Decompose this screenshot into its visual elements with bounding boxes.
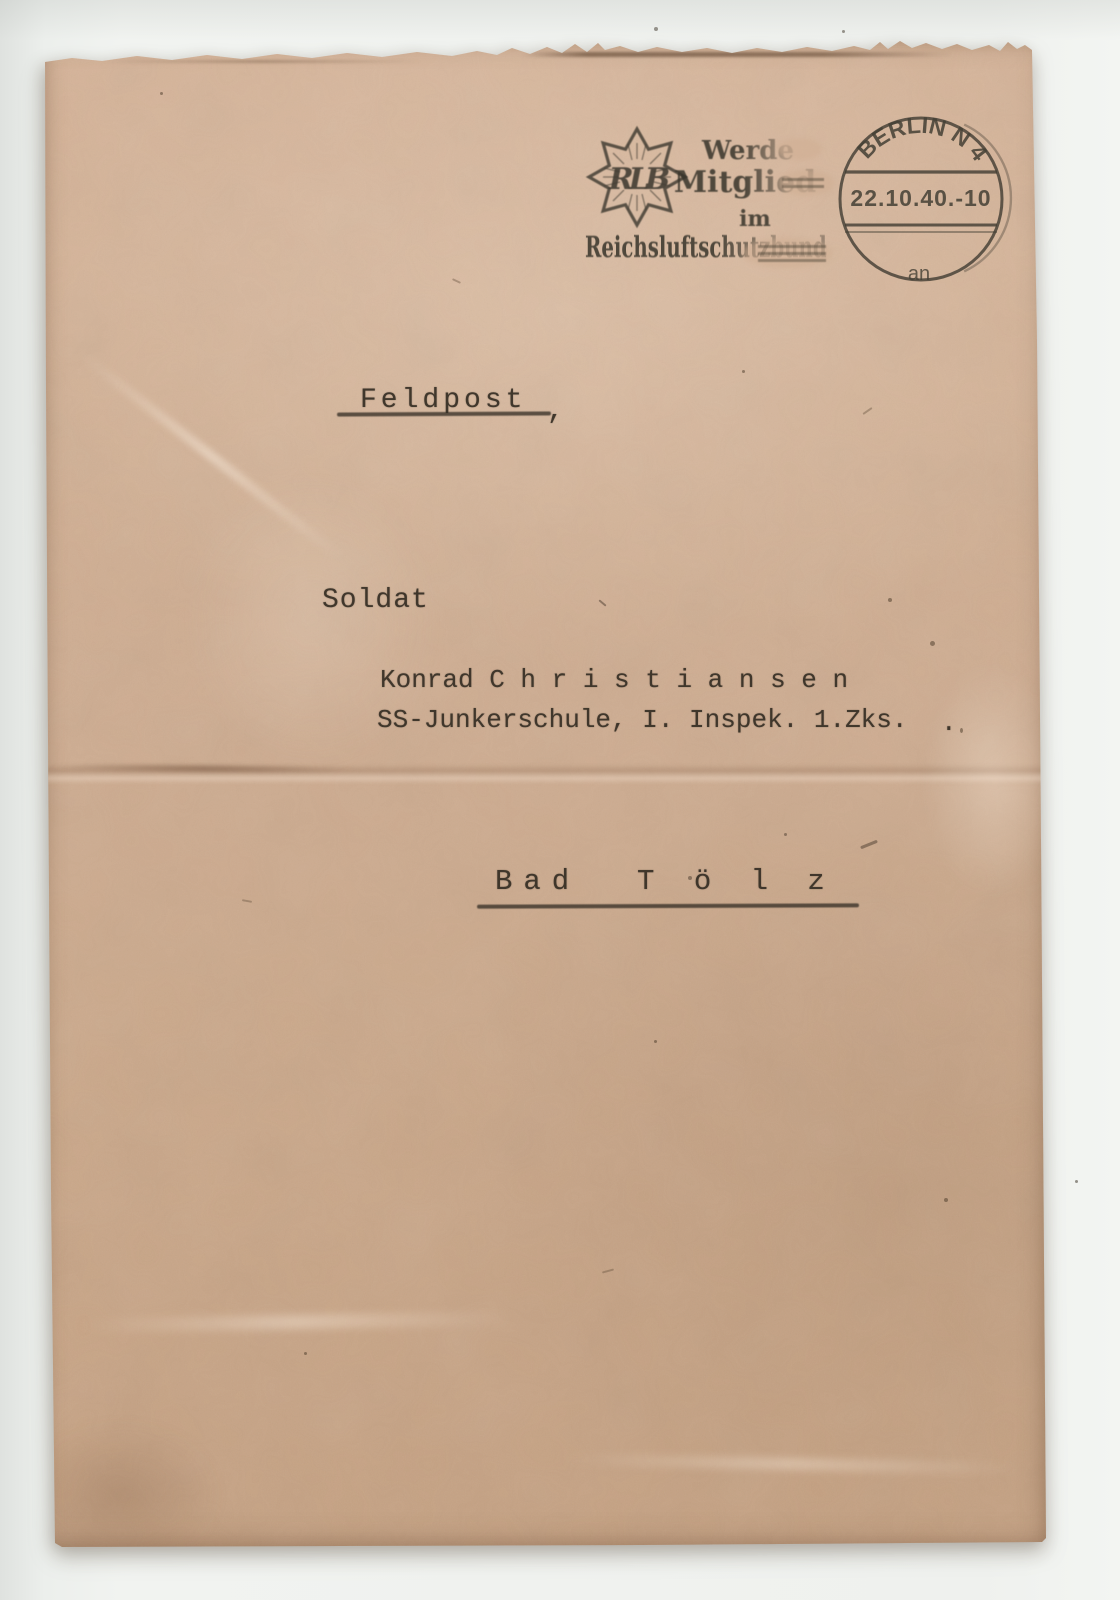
- pencil-swoosh-mark: [860, 840, 878, 850]
- paper-fiber: [602, 1268, 614, 1273]
- pen-mark: [598, 599, 606, 606]
- city-underline: [477, 903, 859, 908]
- torn-edge-shadow: [522, 52, 952, 57]
- unit-suffix-mark: .: [941, 708, 957, 738]
- paper-speck: [888, 598, 892, 602]
- slogan-line-3: im: [725, 206, 785, 232]
- diagonal-crease: [79, 351, 345, 562]
- paper-speck: [944, 1198, 948, 1202]
- wrinkle: [562, 1453, 1022, 1475]
- recipient-name-line: Konrad C h r i s t i a n s e n: [380, 665, 848, 695]
- envelope-shadow: RLB Werde Mitglied im Reichsluftschutzbu…: [42, 40, 1047, 1547]
- photo-scene: RLB Werde Mitglied im Reichsluftschutzbu…: [0, 0, 1120, 1600]
- wrinkle: [82, 1311, 512, 1333]
- postmark-date-text: 22.10.40.-10: [850, 185, 991, 211]
- background-speck: [1075, 1180, 1078, 1183]
- paper-speck: [654, 1040, 657, 1043]
- svg-text:BERLIN N 4: BERLIN N 4: [852, 112, 995, 168]
- paper-speck: [304, 1352, 307, 1355]
- background-speck: [842, 30, 845, 33]
- postmark-an-text: an: [908, 263, 930, 285]
- ink-dot: [784, 833, 787, 836]
- paper-speck: [930, 641, 935, 646]
- torn-edge-shadow: [102, 60, 422, 63]
- ink-dot: [688, 876, 692, 880]
- berlin-postmark: BERLIN N 4 22.10.40.-10 an: [816, 94, 1026, 304]
- postmark-city-text: BERLIN N 4: [852, 112, 995, 168]
- rlb-monogram: RLB: [608, 162, 669, 197]
- paper-speck: [960, 728, 963, 733]
- background-speck: [654, 27, 658, 31]
- paper-fiber: [862, 407, 872, 415]
- paper-speck: [160, 92, 163, 95]
- destination-city-line: Bad T ö l z: [495, 865, 836, 898]
- paper-fiber: [242, 899, 252, 903]
- unit-line: SS-Junkerschule, I. Inspek. 1.Zks.: [377, 705, 908, 735]
- feldpost-comma: ,: [547, 396, 564, 427]
- paper-speck: [742, 370, 745, 373]
- paper-fiber: [452, 278, 461, 284]
- rank-line: Soldat: [322, 585, 429, 616]
- wrinkle: [42, 1420, 222, 1547]
- feldpost-envelope: RLB Werde Mitglied im Reichsluftschutzbu…: [42, 40, 1047, 1547]
